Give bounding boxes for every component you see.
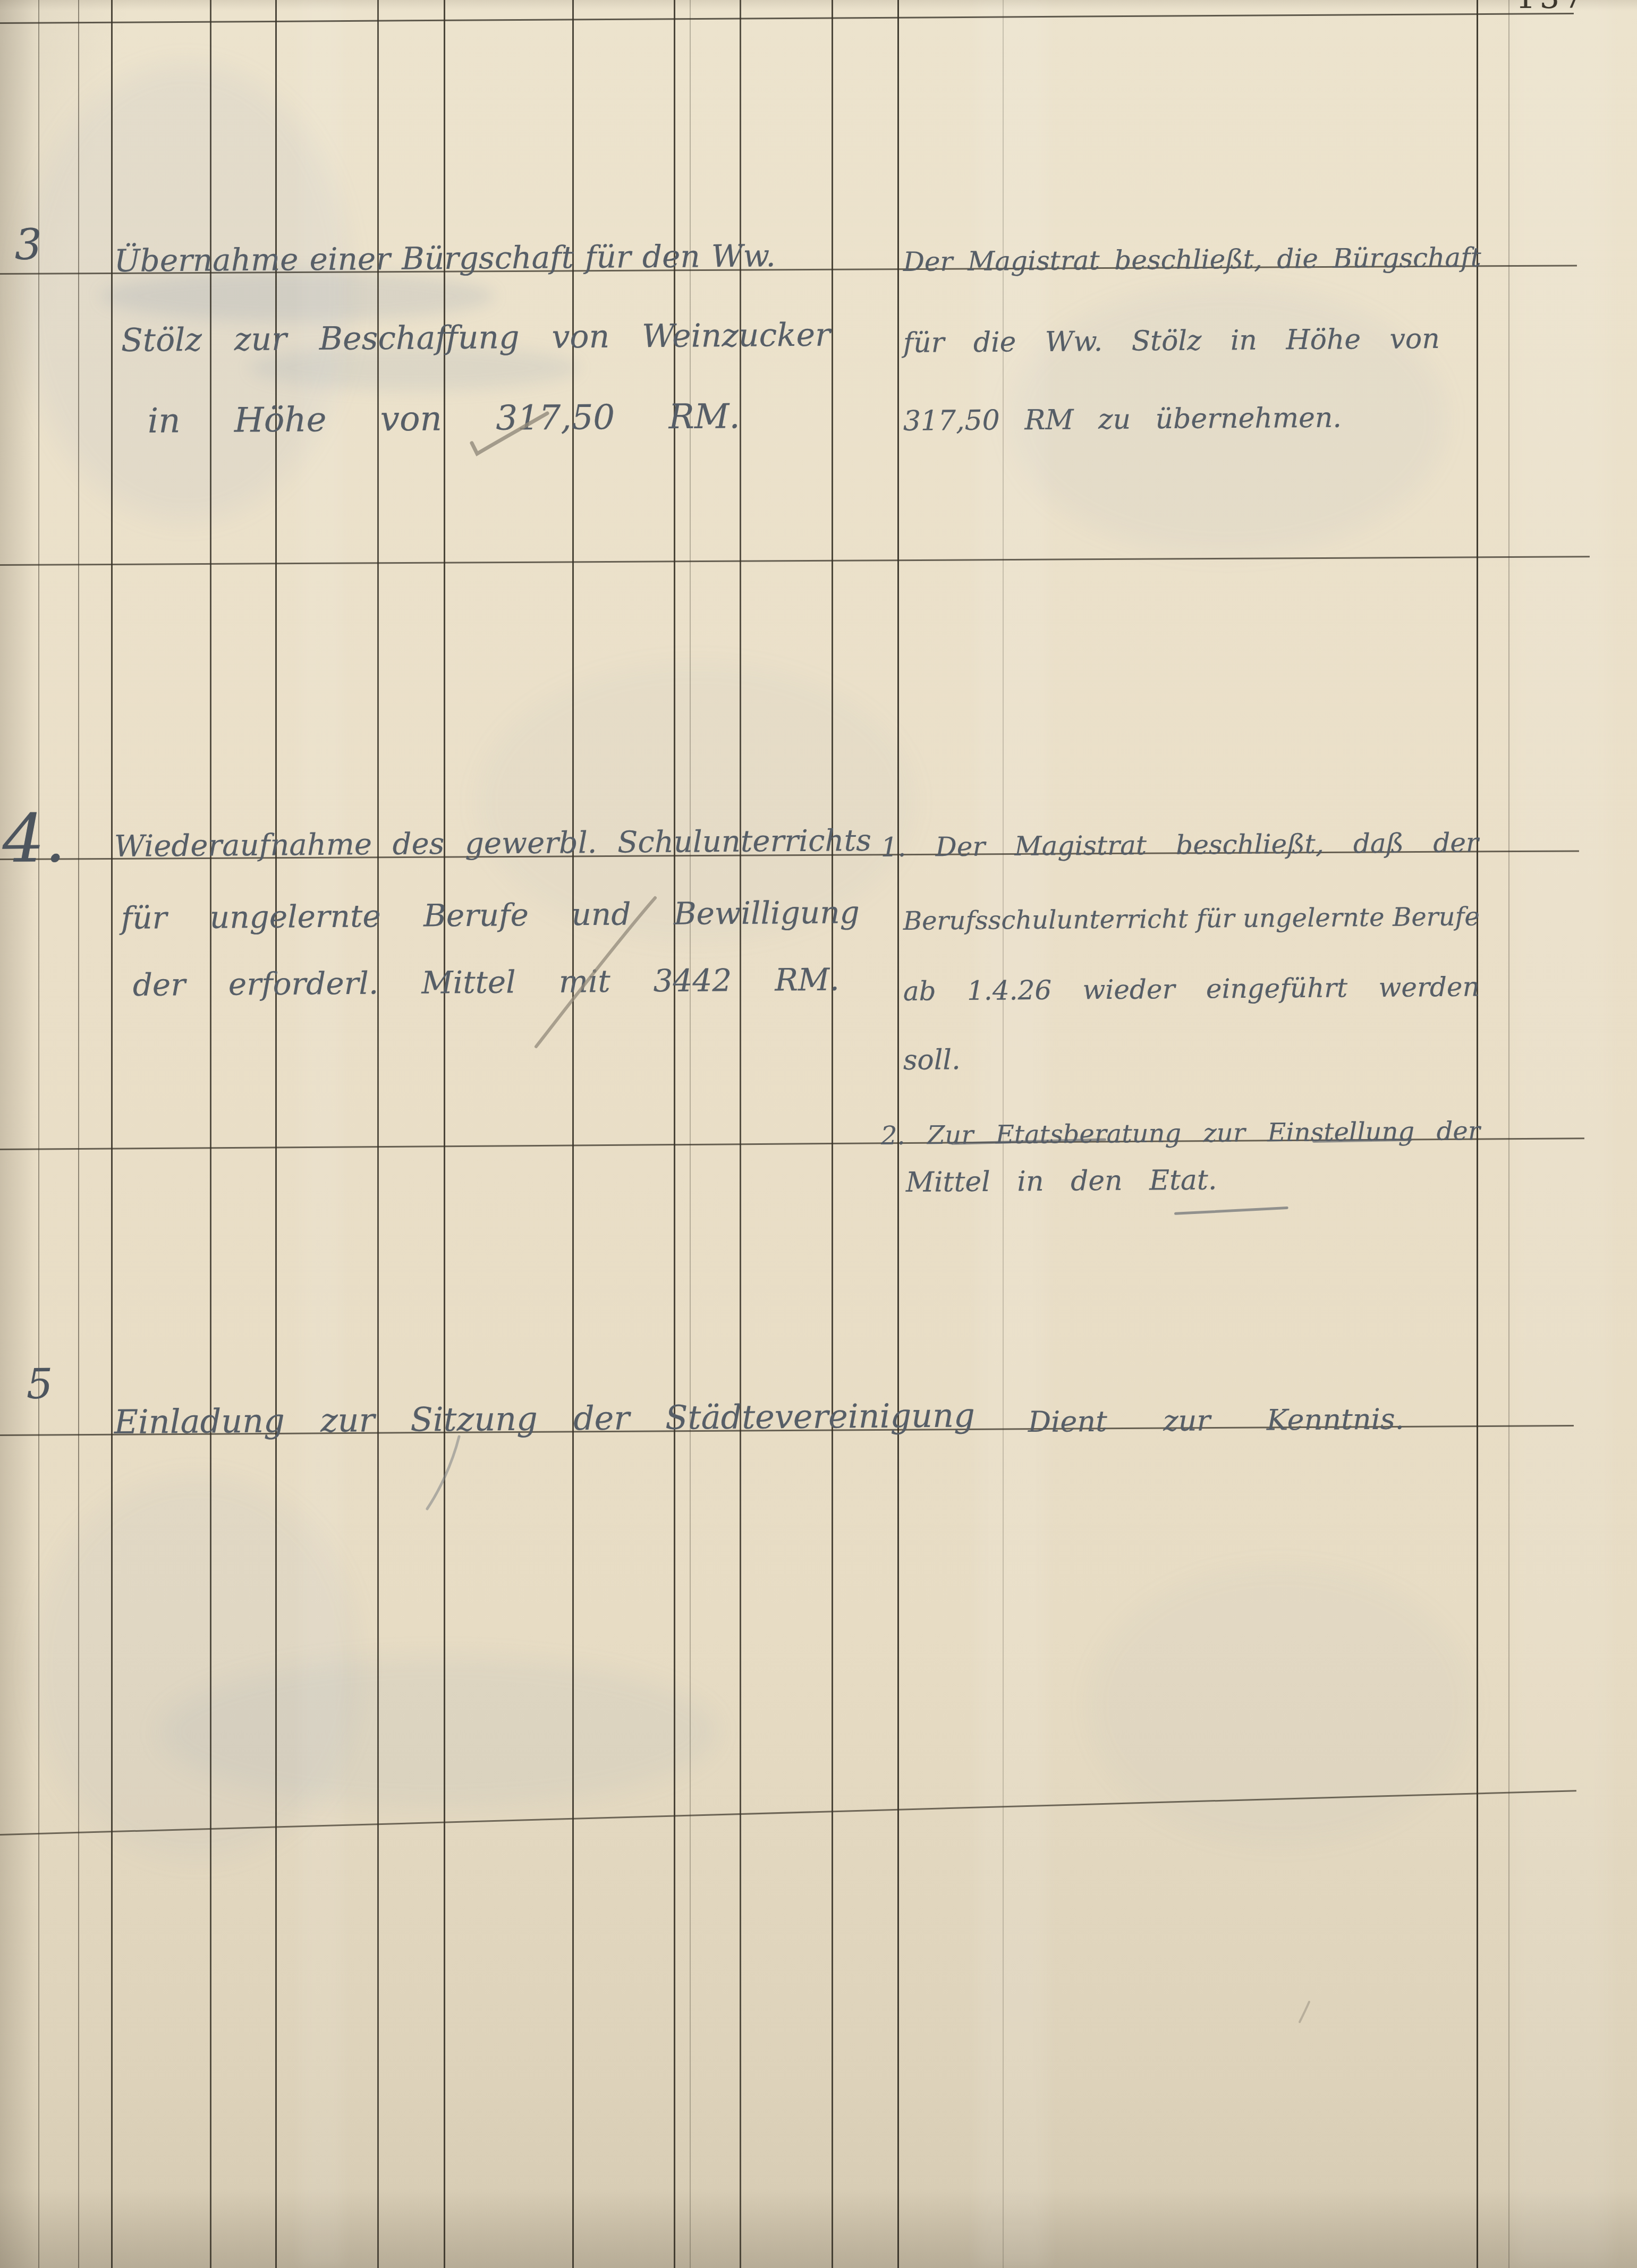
column-rule-faint [1508, 0, 1509, 2268]
ledger-page: 137 3 Übernahme einer Bürgschaft für den… [0, 0, 1637, 2268]
entry-4-decision-line: soll. [903, 1046, 961, 1074]
row-rule-sloped [0, 1790, 1576, 1836]
showthrough-smudge [159, 1658, 717, 1806]
handwritten-underline [1174, 1207, 1288, 1215]
entry-3-subject-line: in Höhe von 317,50 RM. [147, 400, 740, 438]
entry-3-subject-line: Übernahme einer Bürgschaft für den Ww. [114, 240, 776, 276]
paper-edge-top [0, 0, 1637, 11]
pencil-mark [1296, 1999, 1312, 2025]
column-rule [38, 0, 39, 2268]
column-rule [832, 0, 833, 2268]
page-number: 137 [1516, 0, 1588, 13]
paper-edge-bottom [0, 2188, 1637, 2268]
column-rule [111, 0, 113, 2268]
row-rule [0, 556, 1590, 566]
showthrough-smudge [21, 64, 351, 521]
entry-4-decision-line: 1. Der Magistrat beschließt, daß der [881, 829, 1479, 861]
entry-5-subject-line: Einladung zur Sitzung der Städtevereinig… [114, 1399, 975, 1439]
entry-number: 3 [14, 224, 42, 266]
entry-3-subject-line: Stölz zur Beschaffung von Weinzucker [121, 319, 830, 356]
entry-4-decision-line: ab 1.4.26 wieder eingeführt werden [903, 973, 1480, 1005]
pencil-hook [424, 1433, 466, 1513]
pencil-slash [529, 893, 661, 1052]
column-rule [78, 0, 79, 2268]
entry-4-subject-line: der erforderl. Mittel mit 3442 RM. [133, 964, 839, 1000]
entry-4-decision-line: Berufsschulunterricht für ungelernte Ber… [903, 904, 1480, 934]
row-rule-top [0, 13, 1574, 24]
entry-number: 5 [26, 1364, 53, 1405]
paper-light-band [1514, 0, 1610, 2268]
entry-4-subject-line: für ungelernte Berufe und Bewilligung [121, 897, 860, 933]
paper-edge-left [0, 0, 37, 2268]
entry-3-decision-line: Der Magistrat beschließt, die Bürgschaft [903, 244, 1481, 275]
entry-4-decision-line: Mittel in den Etat. [906, 1166, 1217, 1196]
pencil-checkmark [468, 409, 553, 462]
entry-3-decision-line: 317,50 RM zu übernehmen. [903, 404, 1342, 435]
entry-4-subject-line: Wiederaufnahme des gewerbl. Schulunterri… [114, 826, 871, 862]
entry-number: 4. [2, 805, 66, 872]
entry-3-decision-line: für die Ww. Stölz in Höhe von [903, 325, 1440, 357]
entry-5-decision-line: Dient zur Kenntnis. [1028, 1405, 1404, 1437]
showthrough-smudge [32, 1477, 361, 1859]
